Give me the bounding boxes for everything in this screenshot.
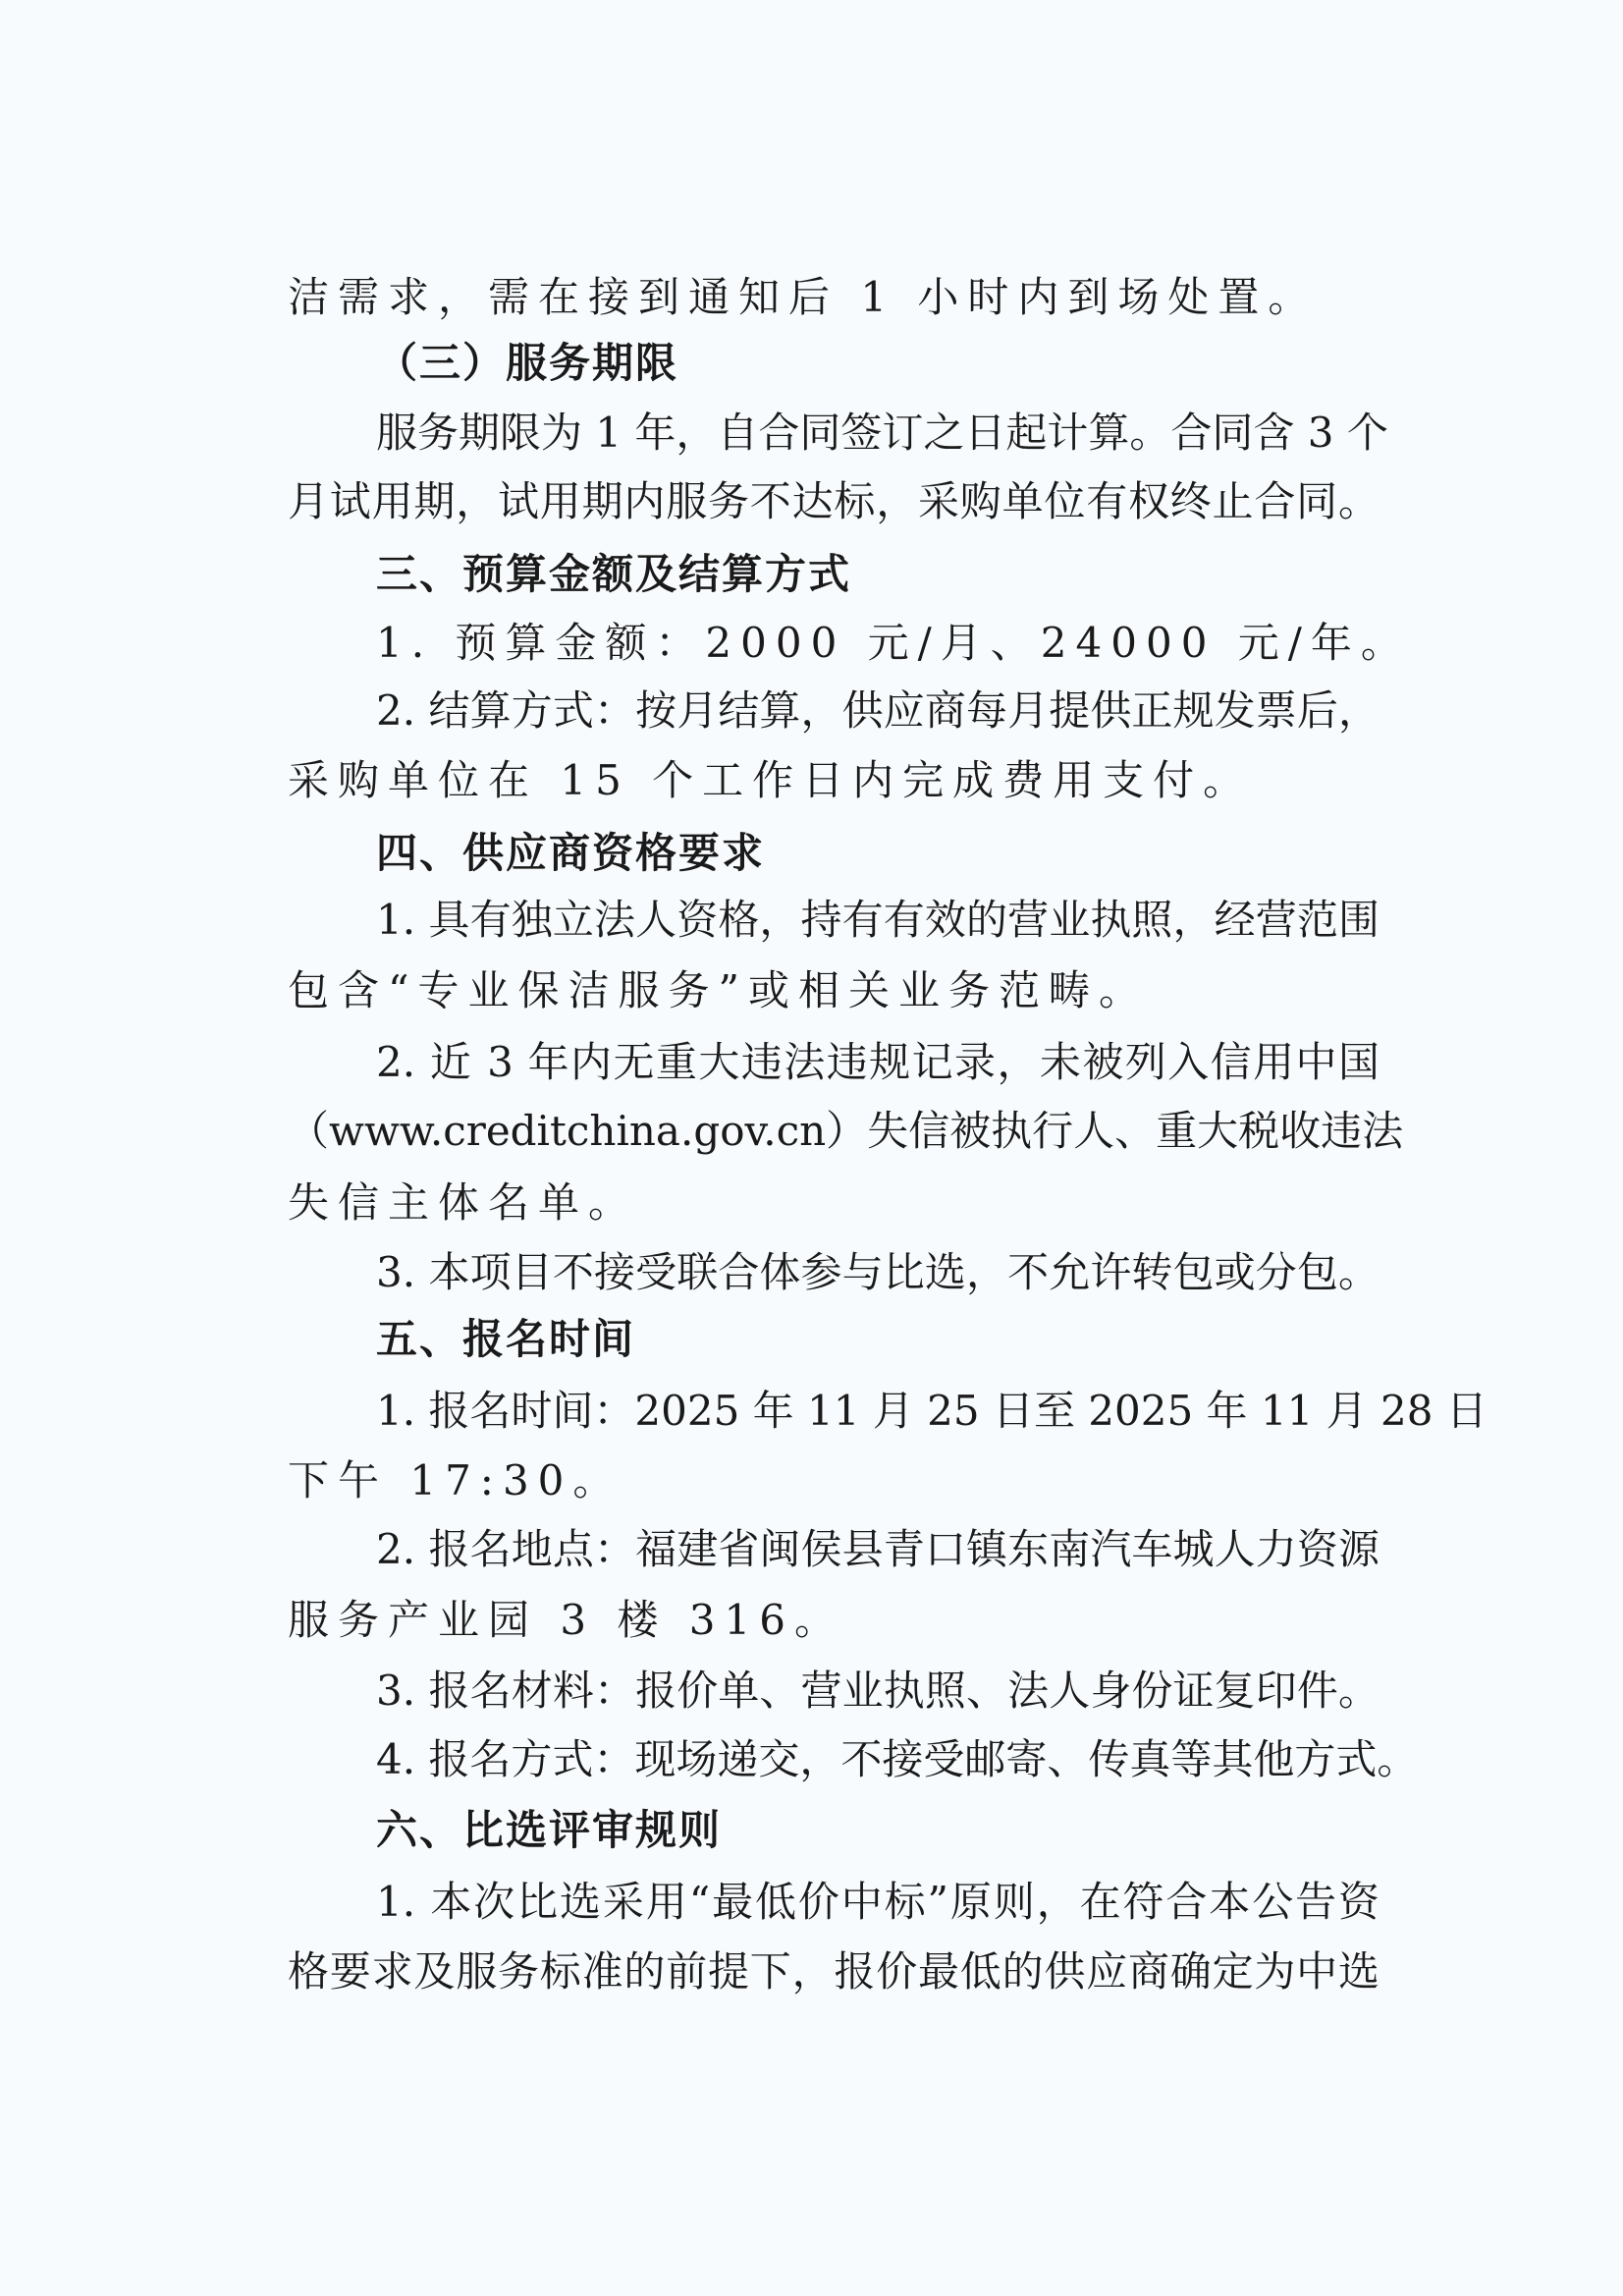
paragraph-line: 1. 具有独立法人资格，持有有效的营业执照，经营范围 [376, 891, 1380, 950]
paragraph-line: 洁需求，需在接到通知后 1 小时内到场处置。 [288, 268, 1380, 327]
paragraph-line: 失信主体名单。 [288, 1174, 1380, 1232]
paragraph-line: 2. 结算方式：按月结算，供应商每月提供正规发票后， [376, 682, 1380, 740]
paragraph-line: 4. 报名方式：现场递交，不接受邮寄、传真等其他方式。 [376, 1730, 1380, 1789]
paragraph-line: （www.creditchina.gov.cn）失信被执行人、重大税收违法 [288, 1102, 1380, 1161]
paragraph-line: 1. 本次比选采用“最低价中标”原则，在符合本公告资 [376, 1873, 1380, 1932]
heading-budget: 三、预算金额及结算方式 [376, 545, 1380, 604]
paragraph-line: 格要求及服务标准的前提下，报价最低的供应商确定为中选 [288, 1942, 1380, 2001]
paragraph-line: 下午 17:30。 [288, 1451, 1380, 1510]
paragraph-line: 2. 近 3 年内无重大违法违规记录，未被列入信用中国 [376, 1033, 1380, 1092]
document-page: 洁需求，需在接到通知后 1 小时内到场处置。 （三）服务期限 服务期限为 1 年… [0, 0, 1623, 2296]
paragraph-line: 2. 报名地点：福建省闽侯县青口镇东南汽车城人力资源 [376, 1520, 1380, 1579]
paragraph-line: 1. 预算金额：2000 元/月、24000 元/年。 [376, 614, 1380, 673]
heading-registration: 五、报名时间 [376, 1310, 1380, 1369]
heading-evaluation-rules: 六、比选评审规则 [376, 1801, 1380, 1860]
paragraph-line: 服务产业园 3 楼 316。 [288, 1591, 1380, 1650]
subheading-service-period: （三）服务期限 [376, 334, 1380, 393]
paragraph-line: 包含“专业保洁服务”或相关业务范畴。 [288, 961, 1380, 1020]
heading-supplier-qualifications: 四、供应商资格要求 [376, 824, 1380, 883]
paragraph-line: 3. 本项目不接受联合体参与比选，不允许转包或分包。 [376, 1243, 1380, 1302]
paragraph-line: 服务期限为 1 年，自合同签订之日起计算。合同含 3 个 [376, 404, 1380, 463]
paragraph-line: 采购单位在 15 个工作日内完成费用支付。 [288, 751, 1380, 810]
paragraph-line: 月试用期，试用期内服务不达标，采购单位有权终止合同。 [288, 472, 1380, 531]
paragraph-line: 1. 报名时间：2025 年 11 月 25 日至 2025 年 11 月 28… [376, 1382, 1380, 1441]
paragraph-line: 3. 报名材料：报价单、营业执照、法人身份证复印件。 [376, 1662, 1380, 1721]
